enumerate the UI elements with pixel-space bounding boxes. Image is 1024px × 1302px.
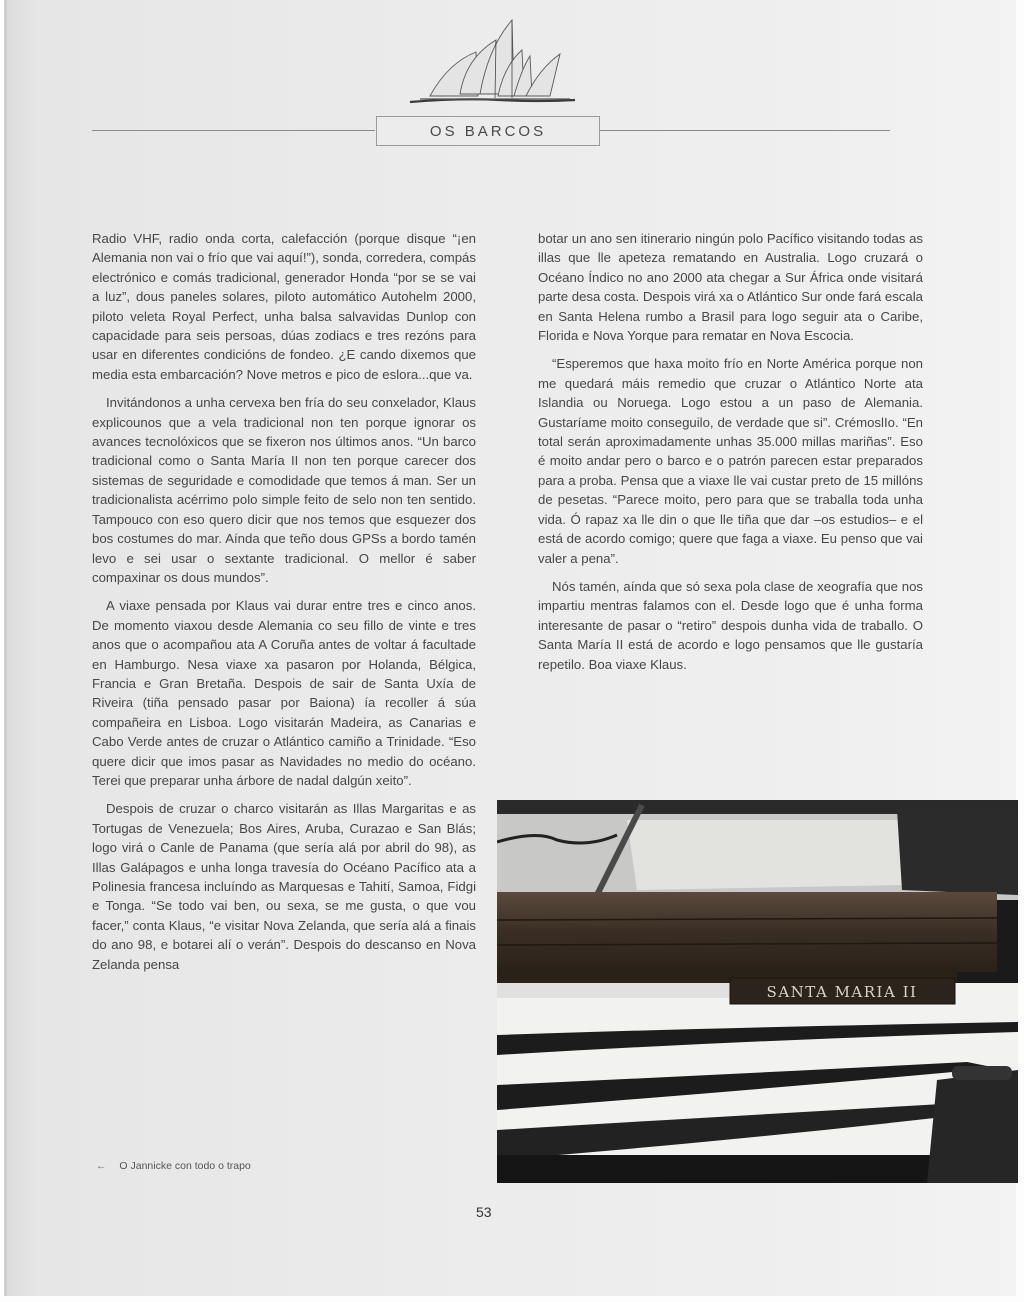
header-rule-right [600,130,890,131]
arrow-left-icon: ← [96,1160,107,1172]
article-paragraph: “Esperemos que haxa moito frío en Norte … [538,354,923,567]
boat-hull-photo: SANTA MARIA II [497,800,1018,1183]
header-rule-left [92,130,375,131]
page-number: 53 [476,1204,492,1220]
article-paragraph: A viaxe pensada por Klaus vai durar entr… [92,596,476,790]
article-column-right: botar un ano sen itinerario ningún polo … [538,229,923,683]
article-paragraph: Invitándonos a unha cervexa ben fría do … [92,393,476,587]
caption-text: O Jannicke con todo o trapo [119,1160,250,1172]
photo-caption: ← O Jannicke con todo o trapo [96,1160,251,1172]
page-edge [0,1296,1024,1302]
article-paragraph: botar un ano sen itinerario ningún polo … [538,229,923,345]
section-title: OS BARCOS [376,116,600,146]
sailboats-illustration-icon [400,18,590,106]
article-column-left: Radio VHF, radio onda corta, calefacción… [92,229,476,983]
svg-text:SANTA MARIA II: SANTA MARIA II [767,983,918,1001]
article-paragraph: Nós tamén, aínda que só sexa pola clase … [538,577,923,674]
photo-illustration-icon: SANTA MARIA II [497,800,1018,1183]
article-paragraph: Despois de cruzar o charco visitarán as … [92,799,476,974]
article-paragraph: Radio VHF, radio onda corta, calefacción… [92,229,476,384]
